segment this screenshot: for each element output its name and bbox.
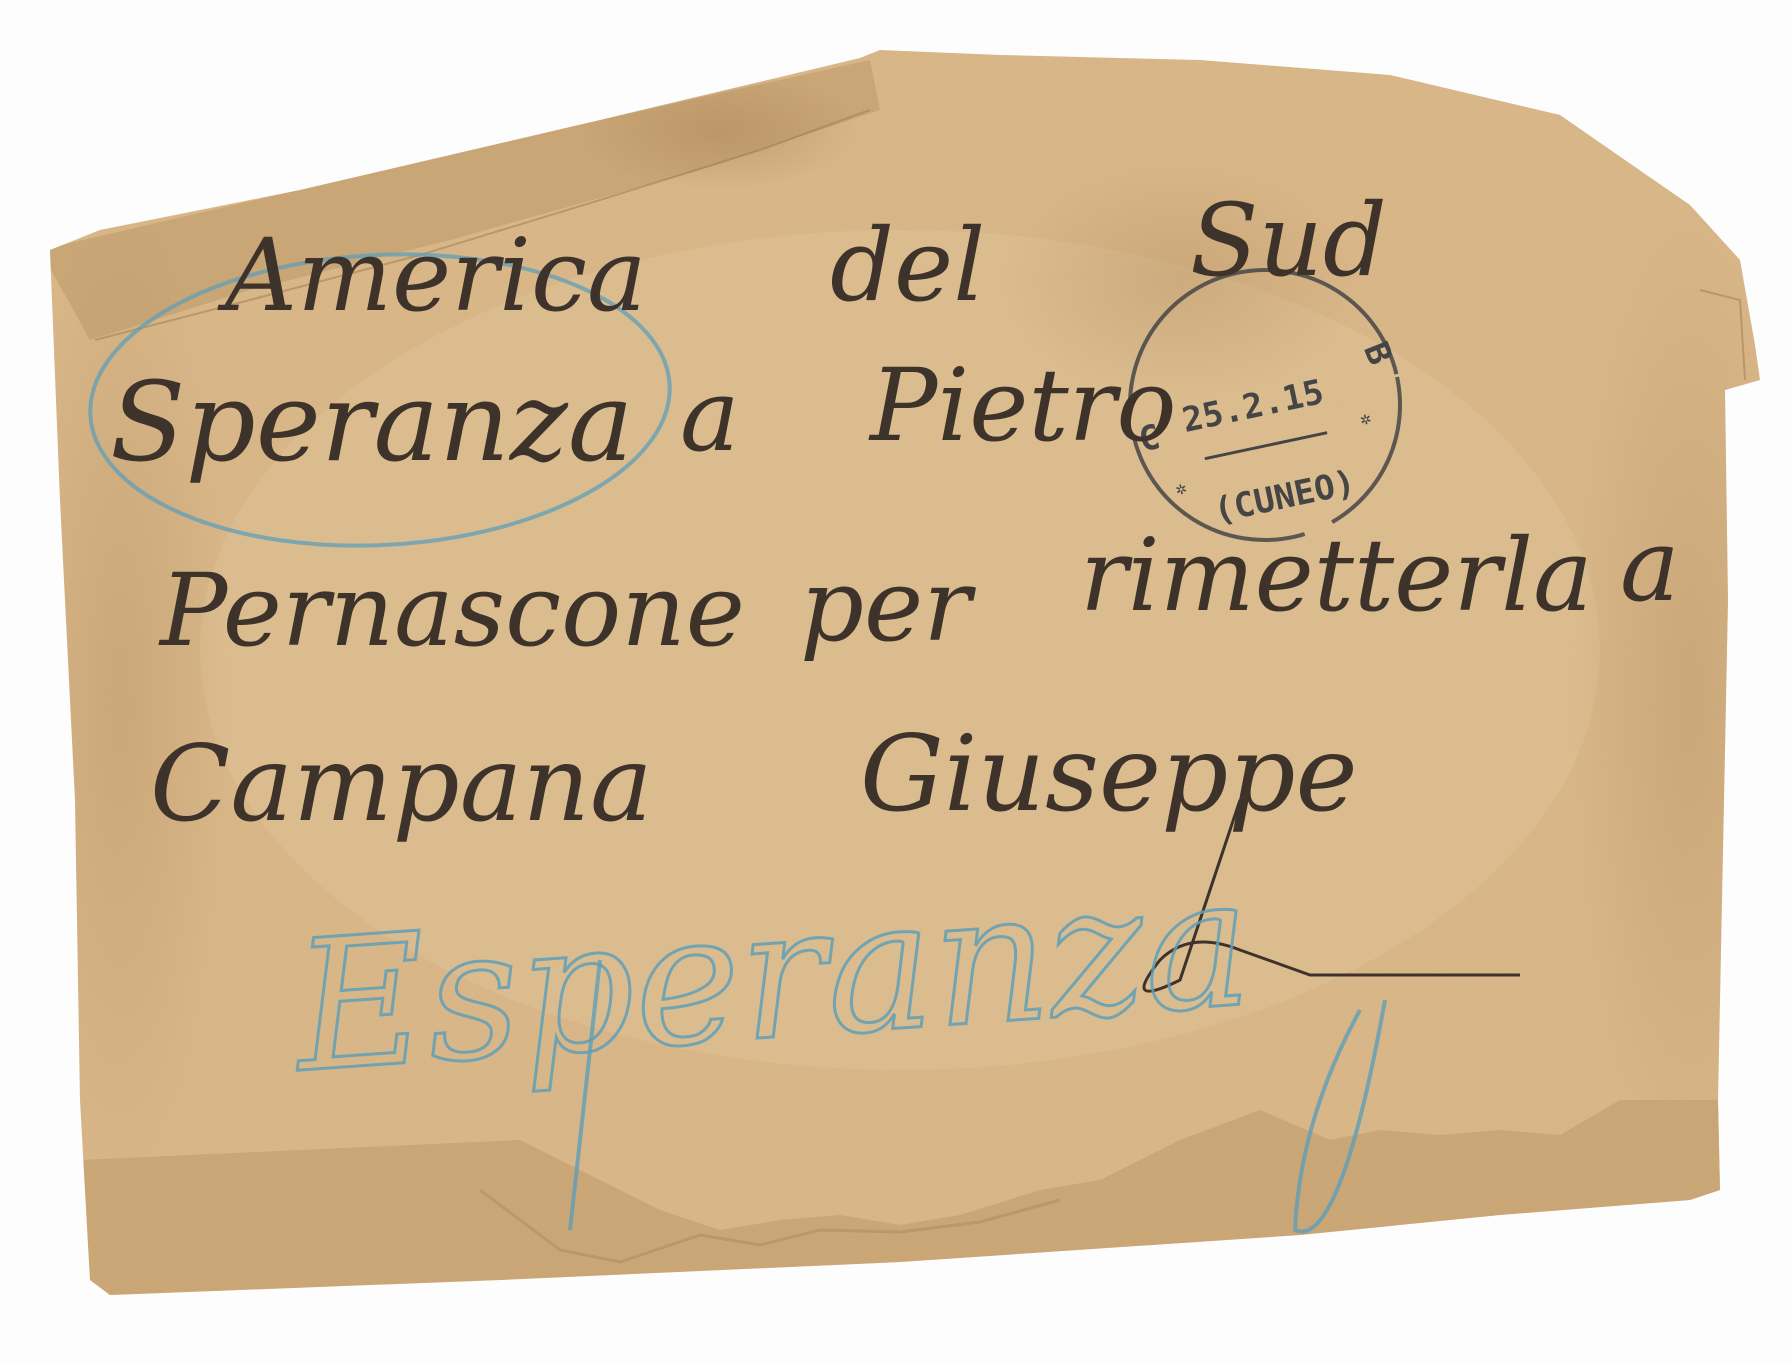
address-word: Giuseppe <box>860 713 1358 835</box>
envelope-paper <box>0 0 1791 1363</box>
address-word: Sud <box>1190 182 1387 299</box>
address-word: Campana <box>150 723 653 845</box>
address-word: a <box>680 357 740 474</box>
address-word: America <box>217 217 647 334</box>
address-word-circled: Speranza <box>110 358 633 486</box>
address-word: rimetterla <box>1080 517 1593 634</box>
address-word: Pietro <box>868 347 1177 464</box>
address-word: Pernascone <box>158 552 745 669</box>
envelope-scan: 25.2.15 B C (CUNEO) ✲ ✲ America del Sud … <box>0 0 1791 1363</box>
address-word: del <box>830 207 985 324</box>
address-word: per <box>800 547 976 664</box>
address-word: a <box>1620 507 1680 624</box>
